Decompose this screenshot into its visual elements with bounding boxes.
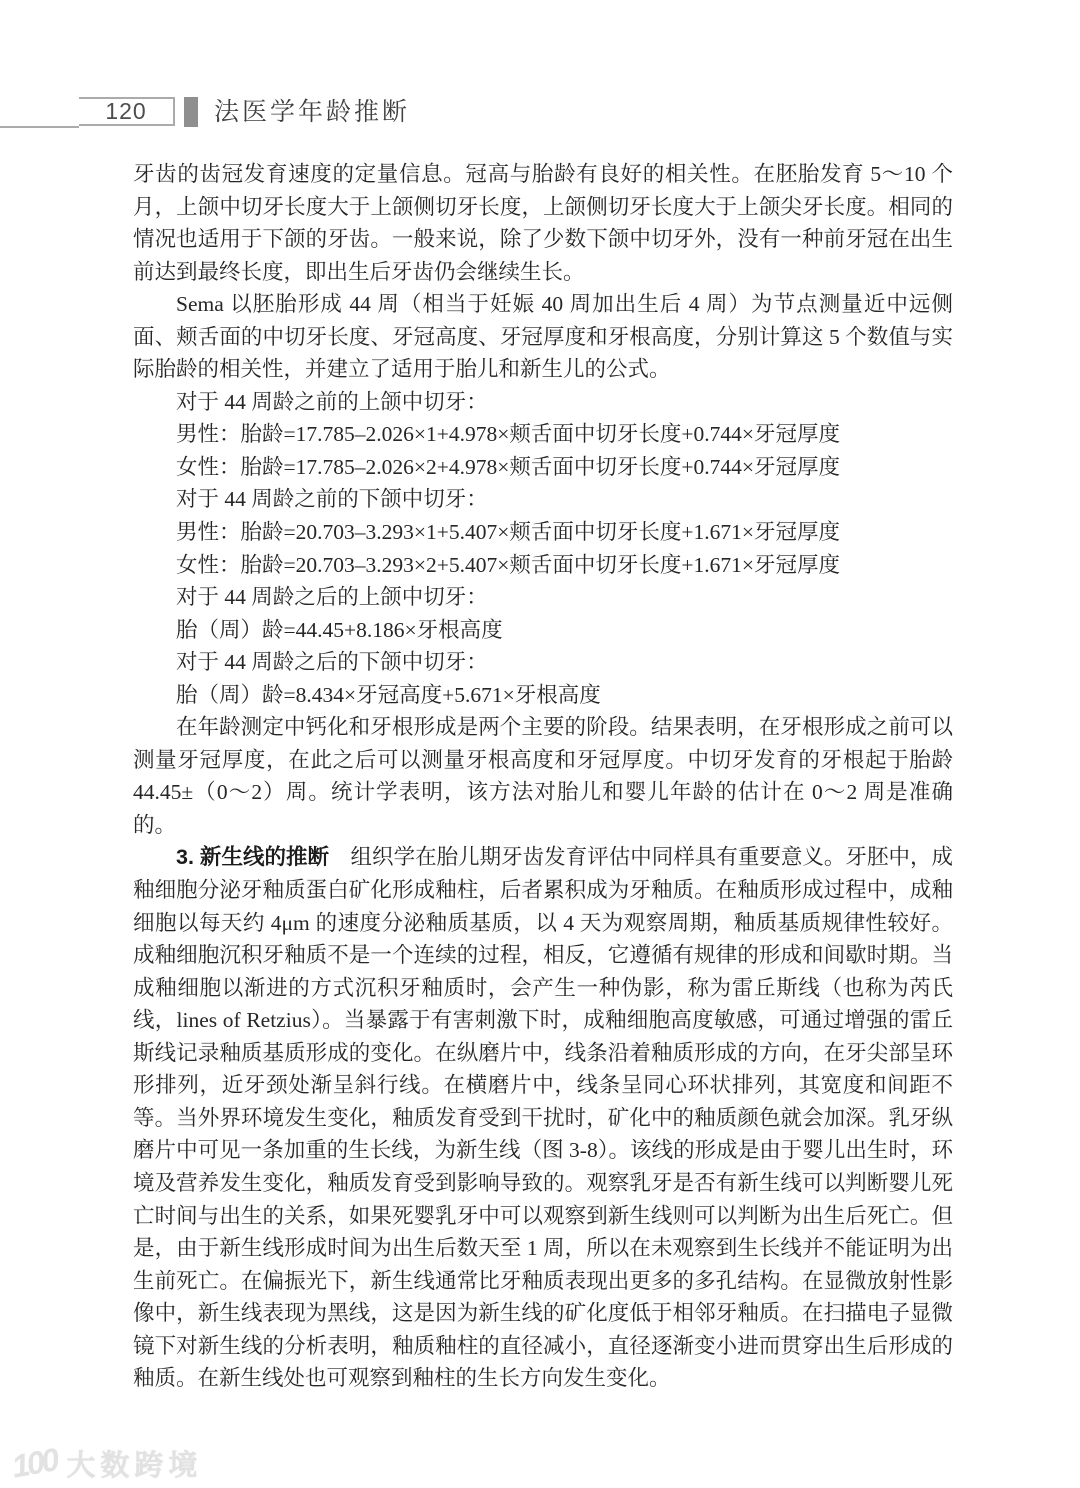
formula-line: 胎（周）龄=8.434×牙冠高度+5.671×牙根高度 [133, 679, 953, 712]
paragraph-neonatal-line: 3. 新生线的推断组织学在胎儿期牙齿发育评估中同样具有重要意义。牙胚中，成釉细胞… [133, 841, 953, 1394]
page-number: 120 [105, 98, 146, 125]
formula-line: 对于 44 周龄之前的上颌中切牙： [133, 386, 953, 419]
formula-line: 女性：胎龄=20.703–3.293×2+5.407×颊舌面中切牙长度+1.67… [133, 549, 953, 582]
book-title: 法医学年龄推断 [214, 97, 410, 127]
formula-line: 对于 44 周龄之前的下颌中切牙： [133, 483, 953, 516]
book-page: 120 法医学年龄推断 牙齿的齿冠发育速度的定量信息。冠高与胎龄有良好的相关性。… [0, 0, 1080, 1488]
page-body: 牙齿的齿冠发育速度的定量信息。冠高与胎龄有良好的相关性。在胚胎发育 5～10 个… [133, 158, 953, 1395]
page-number-box: 120 [79, 97, 175, 126]
paragraph-sema-method: Sema 以胚胎形成 44 周（相当于妊娠 40 周加出生后 4 周）为节点测量… [133, 288, 953, 386]
watermark-text: 大数跨境 [66, 1443, 202, 1484]
formula-line: 男性：胎龄=17.785–2.026×1+4.978×颊舌面中切牙长度+0.74… [133, 418, 953, 451]
watermark: 100 大数跨境 [12, 1443, 202, 1484]
header-rule [0, 126, 79, 128]
section-heading: 3. 新生线的推断 [176, 845, 329, 869]
paragraph-crown-growth: 牙齿的齿冠发育速度的定量信息。冠高与胎龄有良好的相关性。在胚胎发育 5～10 个… [133, 158, 953, 288]
formula-line: 男性：胎龄=20.703–3.293×1+5.407×颊舌面中切牙长度+1.67… [133, 516, 953, 549]
formula-line: 对于 44 周龄之后的下颌中切牙： [133, 646, 953, 679]
formula-line: 女性：胎龄=17.785–2.026×2+4.978×颊舌面中切牙长度+0.74… [133, 451, 953, 484]
formula-block: 对于 44 周龄之前的上颌中切牙： 男性：胎龄=17.785–2.026×1+4… [133, 386, 953, 711]
paragraph-calcification: 在年龄测定中钙化和牙根形成是两个主要的阶段。结果表明，在牙根形成之前可以测量牙冠… [133, 711, 953, 841]
watermark-logo: 100 [9, 1441, 59, 1485]
formula-line: 胎（周）龄=44.45+8.186×牙根高度 [133, 614, 953, 647]
paragraph-text: 组织学在胎儿期牙齿发育评估中同样具有重要意义。牙胚中，成釉细胞分泌牙釉质蛋白矿化… [133, 845, 953, 1390]
formula-line: 对于 44 周龄之后的上颌中切牙： [133, 581, 953, 614]
header-accent-bar [184, 97, 198, 127]
